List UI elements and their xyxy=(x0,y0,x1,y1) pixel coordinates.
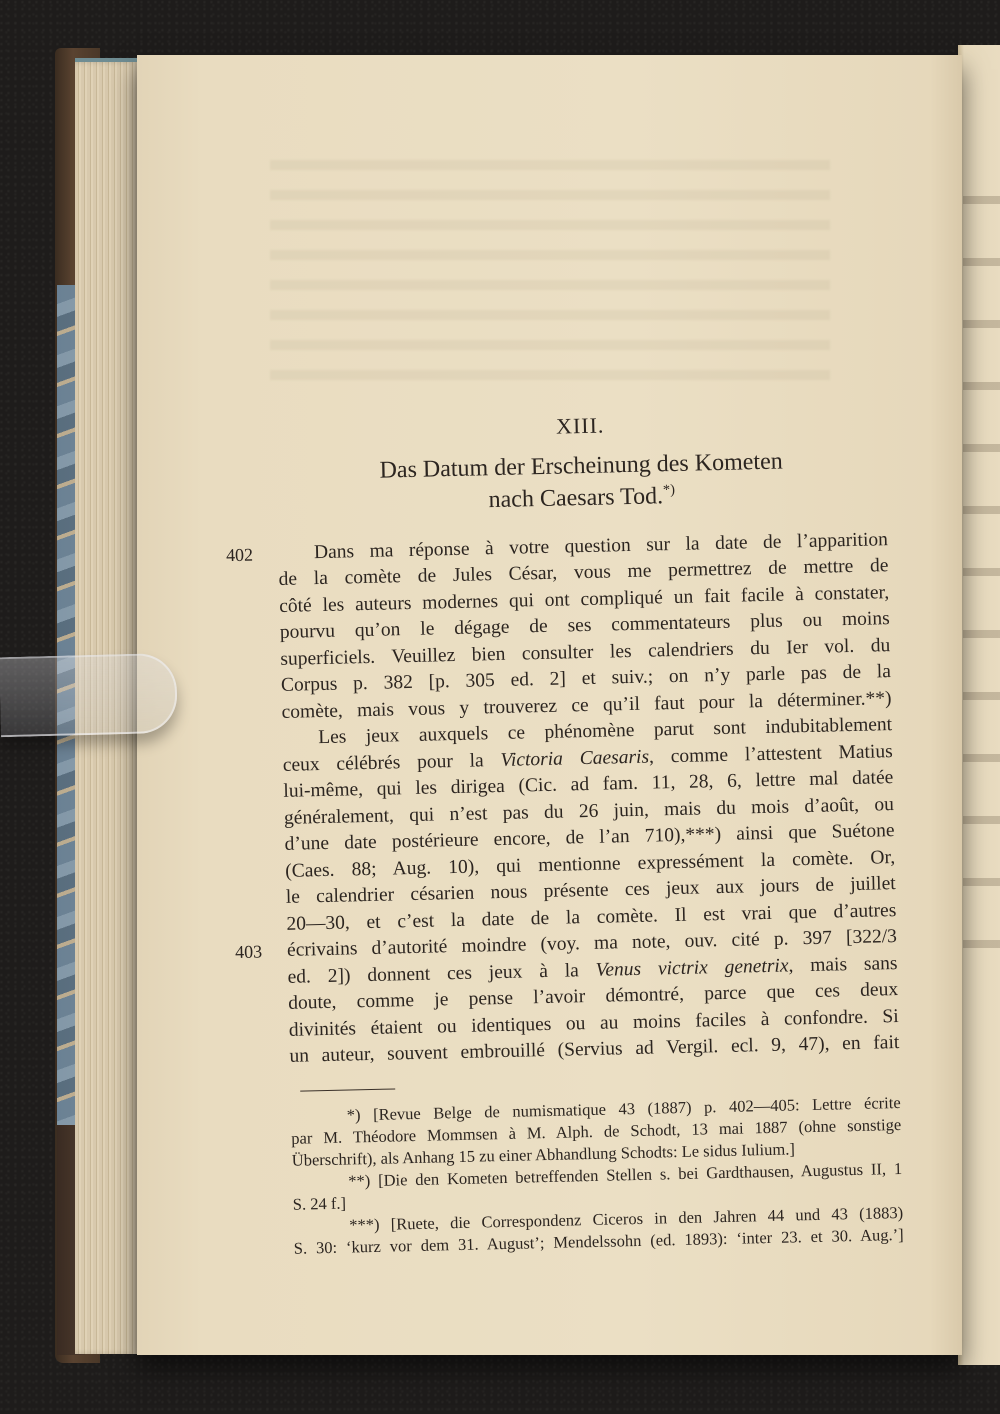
footnotes: *) [Revue Belge de numismatique 43 (1887… xyxy=(291,1091,904,1259)
margin-page-number: 402 xyxy=(226,541,254,568)
verso-show-through xyxy=(270,140,830,400)
facing-page-text-fragment xyxy=(963,170,1000,970)
page-text-block: XIII. Das Datum der Erscheinung des Kome… xyxy=(275,406,904,1259)
footnote-ref: *) xyxy=(663,481,675,497)
margin-page-number: 403 xyxy=(235,938,263,965)
paragraph-1: 402 Dans ma réponse à votre question sur… xyxy=(278,527,892,726)
footnote-separator xyxy=(300,1088,395,1091)
italic-phrase: Venus victrix genetrix xyxy=(595,955,788,980)
chapter-title-line-2: nach Caesars Tod. xyxy=(488,483,663,513)
paragraph-2: 403 Les jeux auxquels ce phénomène parut… xyxy=(282,712,900,1070)
clear-plastic-bookmark xyxy=(0,653,178,738)
italic-phrase: Victoria Caesaris xyxy=(500,746,649,770)
chapter-title: Das Datum der Erscheinung des Kometen na… xyxy=(276,443,887,521)
